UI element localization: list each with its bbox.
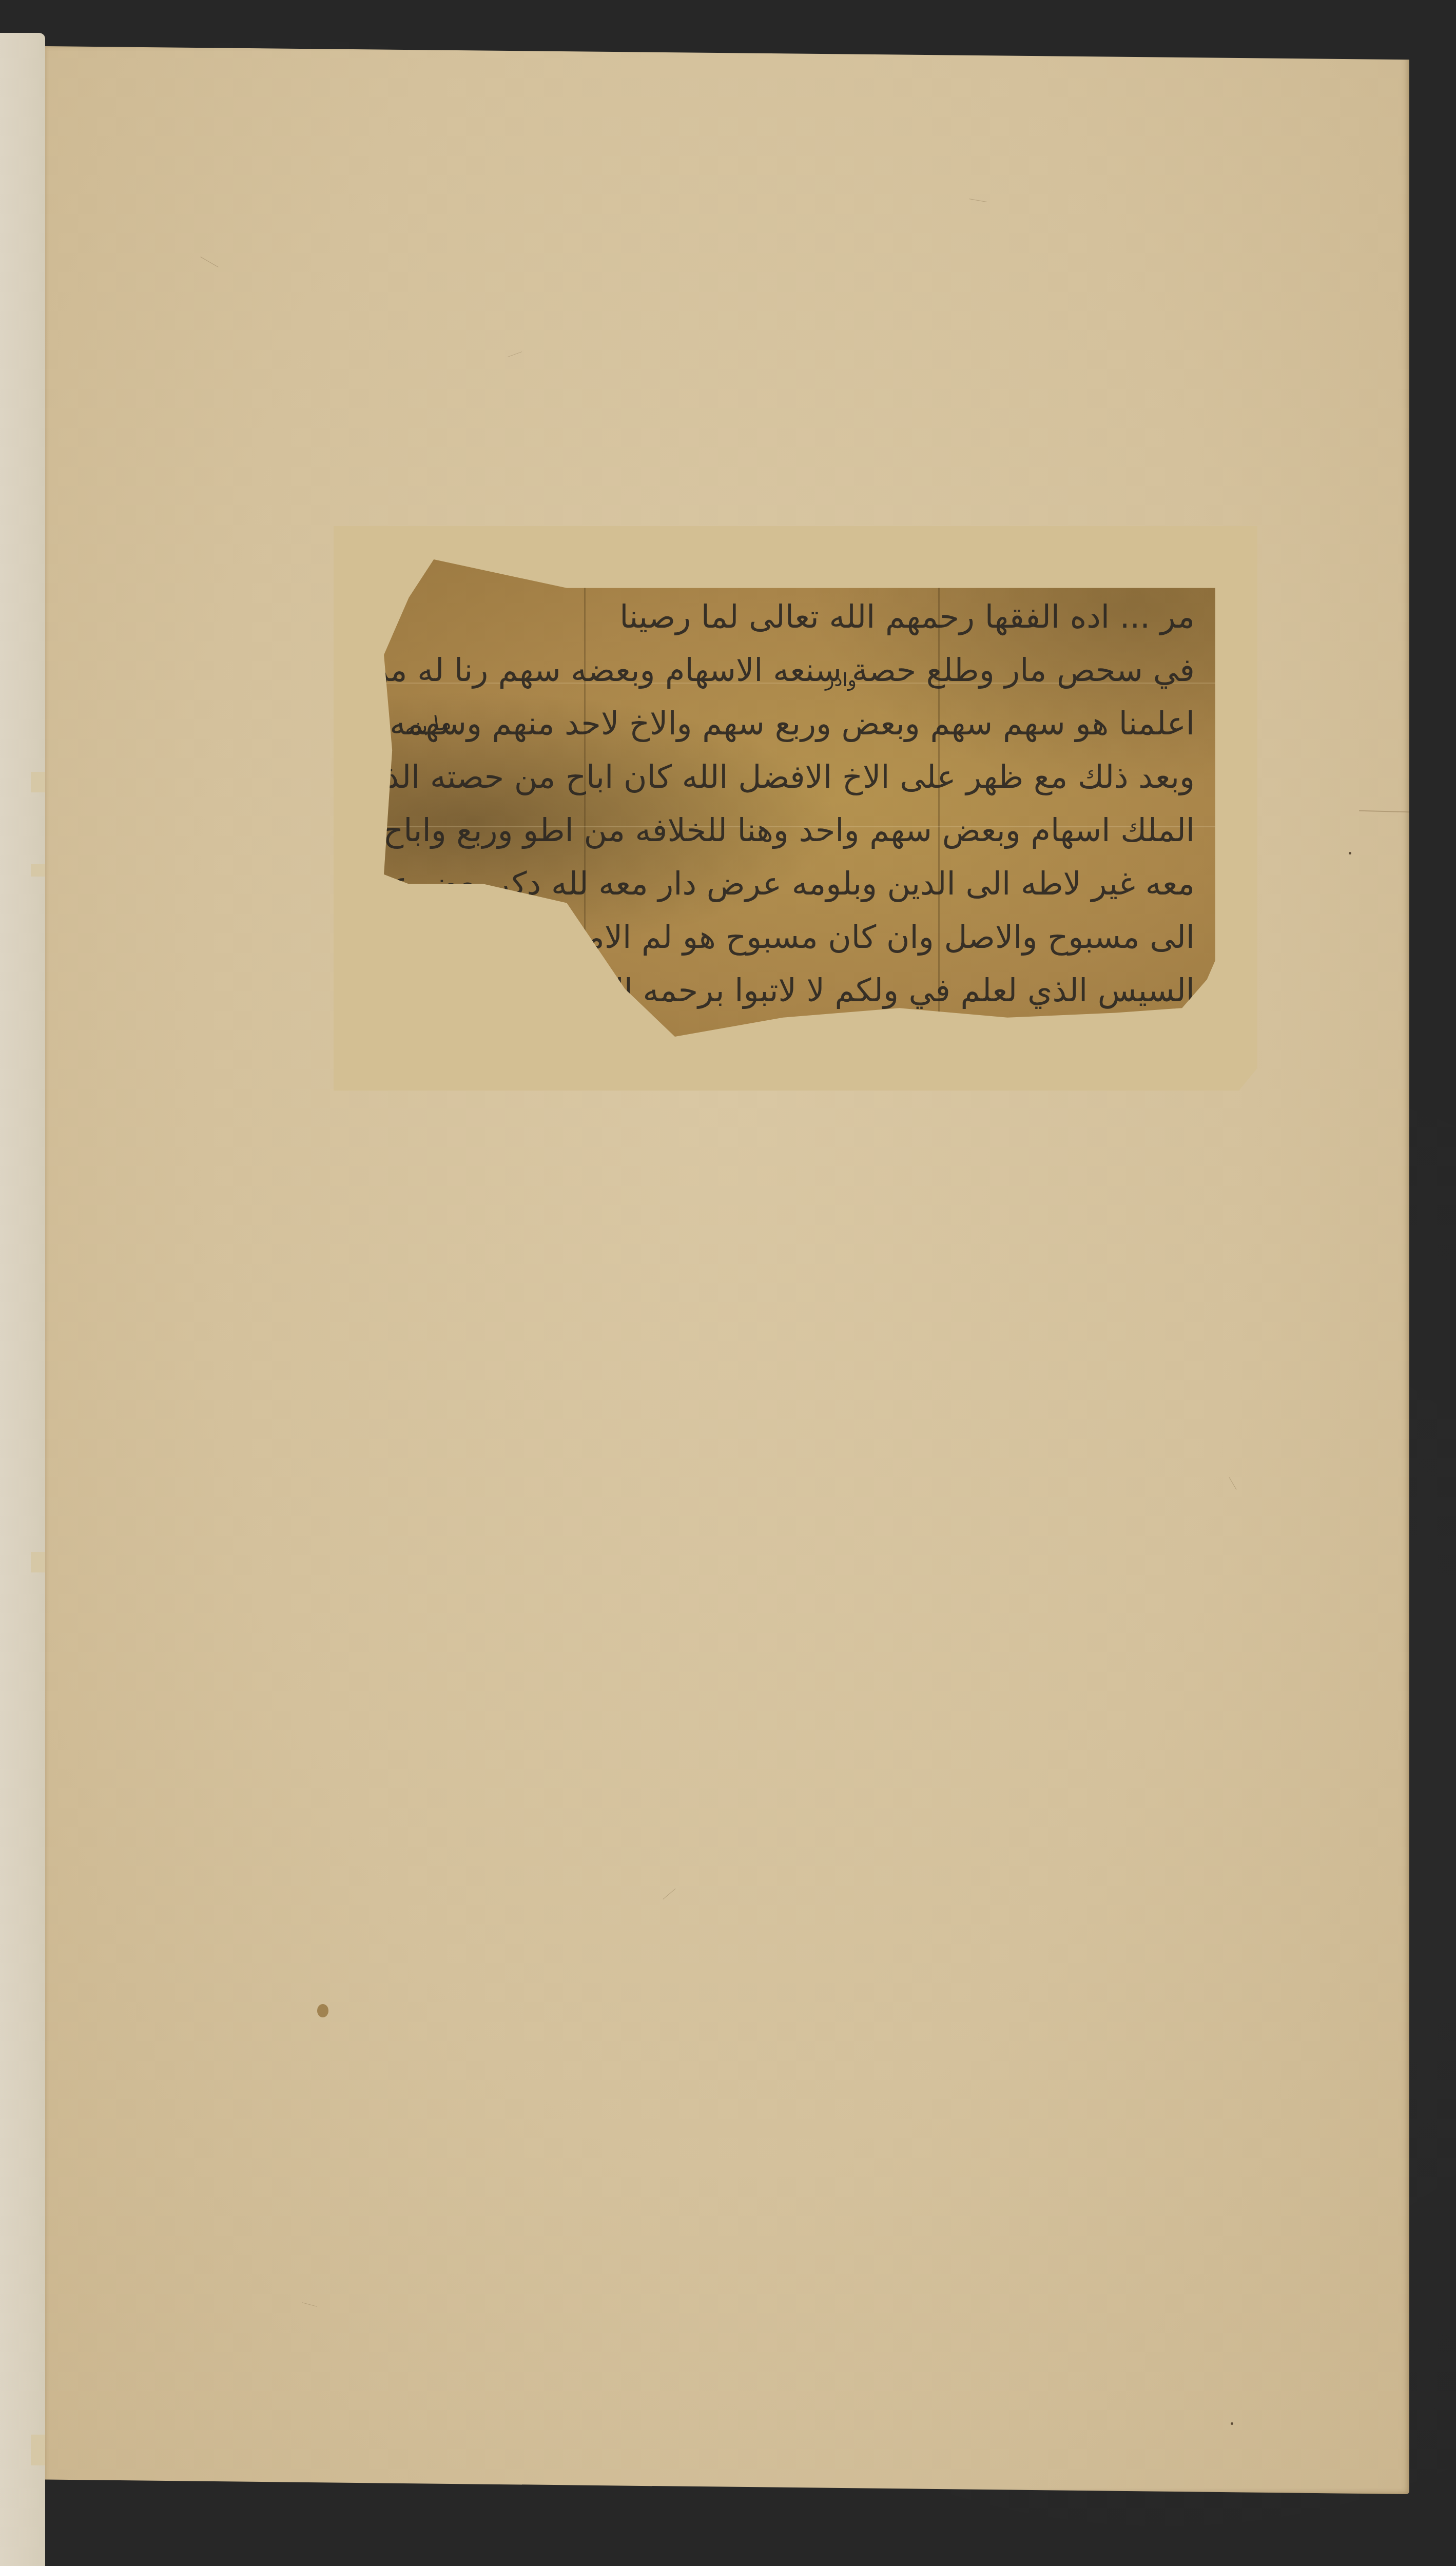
text-line-1: مر ... اده الفقها رحمهم الله تعالى لما ر… [404, 590, 1195, 644]
paper-fibre [663, 1889, 675, 1899]
adjacent-leaf-edge [0, 33, 45, 2566]
paper-fibre [1229, 1477, 1237, 1490]
paper-fibre [969, 199, 987, 202]
text-line-2: في سحص مار وطلع حصة سنعه الاسهام وبعضه س… [404, 644, 1195, 697]
tear-mark [31, 1552, 46, 1572]
paper-fibre [200, 257, 218, 267]
paper-speck [1349, 852, 1351, 854]
paper-fibre [302, 2302, 317, 2307]
paper-crease [1359, 810, 1410, 813]
interlinear-note: وادر [825, 670, 857, 691]
text-line-3: اعلمنا هو سهم سهم وبعض وربع سهم والاخ لا… [404, 697, 1195, 750]
ink-stain [317, 2004, 328, 2017]
tear-mark [31, 2435, 46, 2465]
paper-fibre [508, 352, 522, 357]
text-line-4: وبعد ذلك مع ظهر على الاخ الافضل الله كان… [404, 750, 1195, 804]
tear-mark [31, 772, 46, 792]
tear-mark [31, 864, 46, 877]
paper-speck [1231, 2422, 1233, 2425]
text-line-5: الملك اسهام وبعض سهم واحد وهنا للخلافه م… [404, 804, 1195, 857]
manuscript-page: مر ... اده الفقها رحمهم الله تعالى لما ر… [45, 46, 1409, 2494]
